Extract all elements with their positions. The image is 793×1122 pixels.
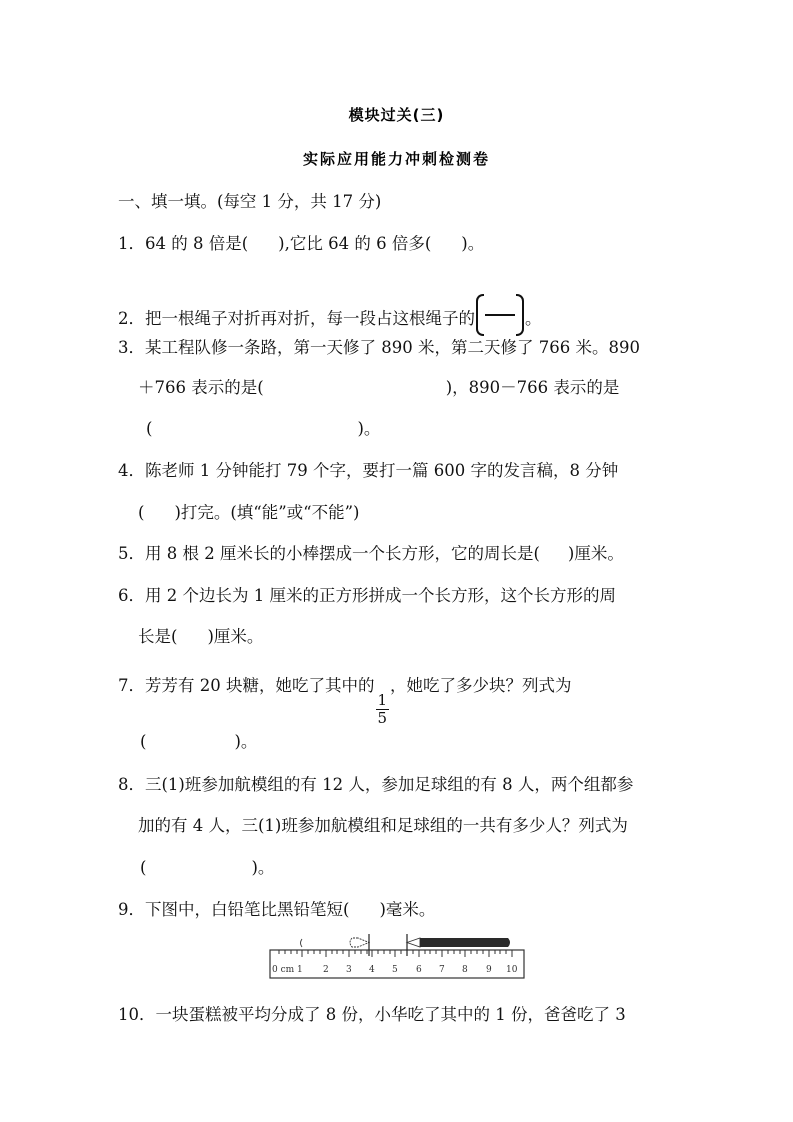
left-paren bbox=[476, 294, 484, 336]
ruler-with-pencils-illustration: 0 cm 1 2 3 4 5 6 7 8 9 10 bbox=[268, 934, 526, 980]
svg-text:0 cm 1: 0 cm 1 bbox=[272, 965, 303, 975]
svg-text:7: 7 bbox=[439, 965, 445, 975]
question-3-line-1: 3．某工程队修一条路，第一天修了 890 米，第二天修了 766 米。890 bbox=[118, 337, 640, 359]
question-3-line-3: ()。 bbox=[146, 418, 380, 440]
question-7-line-2: ()。 bbox=[140, 731, 257, 753]
question-1: 1．64 的 8 倍是(),它比 64 的 6 倍多()。 bbox=[118, 233, 484, 255]
worksheet-subtitle: 实际应用能力冲刺检测卷 bbox=[0, 148, 793, 169]
question-8-line-3: ()。 bbox=[140, 857, 274, 879]
question-4-line-1: 4．陈老师 1 分钟能打 79 个字，要打一篇 600 字的发言稿，8 分钟 bbox=[118, 460, 618, 482]
question-9: 9．下图中，白铅笔比黑铅笔短()毫米。 bbox=[118, 899, 435, 921]
svg-text:4: 4 bbox=[369, 965, 375, 975]
question-6-line-1: 6．用 2 个边长为 1 厘米的正方形拼成一个长方形，这个长方形的周 bbox=[118, 585, 616, 607]
fraction-answer-box[interactable] bbox=[476, 294, 524, 338]
question-8-line-1: 8．三(1)班参加航模组的有 12 人，参加足球组的有 8 人，两个组都参 bbox=[118, 774, 633, 796]
svg-text:6: 6 bbox=[416, 965, 422, 975]
svg-text:9: 9 bbox=[486, 965, 492, 975]
ruler-figure: 0 cm 1 2 3 4 5 6 7 8 9 10 bbox=[268, 934, 526, 980]
svg-text:5: 5 bbox=[392, 965, 398, 975]
question-3-line-2: ＋766 表示的是()，890－766 表示的是 bbox=[138, 377, 619, 399]
right-paren bbox=[516, 294, 524, 336]
question-2: 2．把一根绳子对折再对折，每一段占这根绳子的。 bbox=[118, 294, 542, 338]
fraction-bar bbox=[485, 314, 515, 316]
question-4-line-2: ()打完。(填“能”或“不能”) bbox=[138, 502, 360, 524]
svg-text:8: 8 bbox=[462, 965, 468, 975]
question-10-line-1: 10．一块蛋糕被平均分成了 8 份，小华吃了其中的 1 份，爸爸吃了 3 bbox=[118, 1004, 626, 1026]
fraction-one-fifth: 15 bbox=[376, 692, 390, 727]
svg-text:2: 2 bbox=[323, 965, 329, 975]
worksheet-title: 模块过关(三) bbox=[0, 104, 793, 125]
question-7-line-1: 7．芳芳有 20 块糖，她吃了其中的15，她吃了多少块？列式为 bbox=[118, 675, 572, 727]
svg-text:3: 3 bbox=[346, 965, 352, 975]
question-6-line-2: 长是()厘米。 bbox=[138, 626, 263, 648]
question-5: 5．用 8 根 2 厘米长的小棒摆成一个长方形，它的周长是()厘米。 bbox=[118, 543, 624, 565]
question-8-line-2: 加的有 4 人，三(1)班参加航模组和足球组的一共有多少人？列式为 bbox=[138, 815, 628, 837]
section-heading: 一、填一填。(每空 1 分，共 17 分) bbox=[118, 191, 381, 213]
svg-text:10: 10 bbox=[506, 965, 518, 975]
